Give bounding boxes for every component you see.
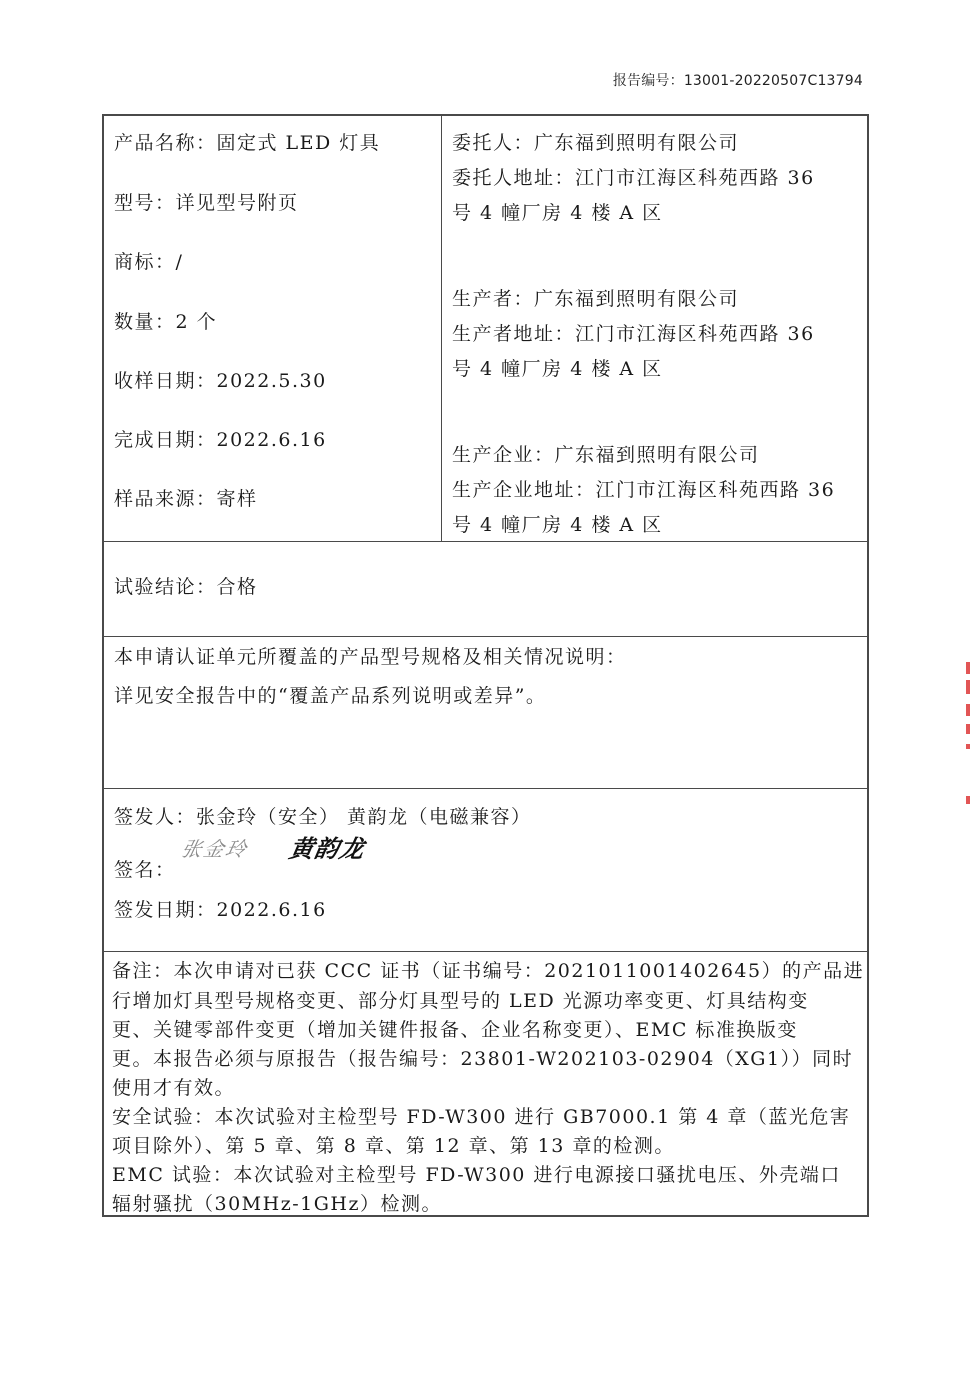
coverage-detail: 详见安全报告中的“覆盖产品系列说明或差异”。 <box>114 681 546 708</box>
manufacturer-address-2: 号 4 幢厂房 4 楼 A 区 <box>452 510 663 537</box>
coverage-row: 本申请认证单元所覆盖的产品型号规格及相关情况说明： 详见安全报告中的“覆盖产品系… <box>104 637 867 789</box>
seal-edge-mark <box>966 704 970 716</box>
product-name: 产品名称：固定式 LED 灯具 <box>114 128 380 155</box>
seal-edge-mark <box>966 680 970 694</box>
coverage-heading: 本申请认证单元所覆盖的产品型号规格及相关情况说明： <box>114 642 627 669</box>
safety-test-line: 安全试验：本次试验对主检型号 FD-W300 进行 GB7000.1 第 4 章… <box>112 1102 850 1129</box>
completed-date: 完成日期：2022.6.16 <box>114 425 327 452</box>
remark-line: 更。本报告必须与原报告（报告编号：23801-W202103-02904（XG1… <box>112 1044 853 1071</box>
trademark: 商标：/ <box>114 247 183 274</box>
seal-edge-mark <box>966 744 970 749</box>
signature-zhang: 张金玲 <box>179 833 251 862</box>
parties-cell: 委托人：广东福到照明有限公司 委托人地址：江门市江海区科苑西路 36 号 4 幢… <box>442 116 867 541</box>
info-row: 产品名称：固定式 LED 灯具 型号：详见型号附页 商标：/ 数量：2 个 收样… <box>104 116 867 542</box>
client-address-2: 号 4 幢厂房 4 楼 A 区 <box>452 198 663 225</box>
safety-test-line: 项目除外）、第 5 章、第 8 章、第 12 章、第 13 章的检测。 <box>112 1131 675 1158</box>
sample-source: 样品来源：寄样 <box>114 484 258 511</box>
issuers: 签发人：张金玲（安全） 黄韵龙（电磁兼容） <box>114 802 532 829</box>
issuance-row: 签发人：张金玲（安全） 黄韵龙（电磁兼容） 签名： 张金玲 黄韵龙 签发日期：2… <box>104 789 867 952</box>
signature-huang: 黄韵龙 <box>287 829 368 864</box>
remarks-row: 备注：本次申请对已获 CCC 证书（证书编号：2021011001402645）… <box>104 952 867 1217</box>
seal-edge-mark <box>966 662 970 674</box>
emc-test-line: EMC 试验：本次试验对主检型号 FD-W300 进行电源接口骚扰电压、外壳端口 <box>112 1160 841 1187</box>
product-info-cell: 产品名称：固定式 LED 灯具 型号：详见型号附页 商标：/ 数量：2 个 收样… <box>104 116 442 541</box>
seal-edge-mark <box>966 724 970 734</box>
issue-date: 签发日期：2022.6.16 <box>114 895 327 922</box>
remark-line: 使用才有效。 <box>112 1073 235 1100</box>
quantity: 数量：2 个 <box>114 307 217 334</box>
client-address-1: 委托人地址：江门市江海区科苑西路 36 <box>452 163 815 190</box>
client: 委托人：广东福到照明有限公司 <box>452 128 739 155</box>
producer-address-1: 生产者地址：江门市江海区科苑西路 36 <box>452 319 815 346</box>
seal-edge-mark <box>966 796 970 804</box>
test-conclusion: 试验结论：合格 <box>114 572 258 599</box>
manufacturer-address-1: 生产企业地址：江门市江海区科苑西路 36 <box>452 475 835 502</box>
signature-label: 签名： <box>114 855 176 882</box>
remark-line: 行增加灯具型号规格变更、部分灯具型号的 LED 光源功率变更、灯具结构变 <box>112 986 809 1013</box>
report-form: 产品名称：固定式 LED 灯具 型号：详见型号附页 商标：/ 数量：2 个 收样… <box>102 114 869 1217</box>
producer-address-2: 号 4 幢厂房 4 楼 A 区 <box>452 354 663 381</box>
report-number: 报告编号：13001-20220507C13794 <box>613 70 863 90</box>
producer: 生产者：广东福到照明有限公司 <box>452 284 739 311</box>
conclusion-row: 试验结论：合格 <box>104 542 867 637</box>
remark-line: 备注：本次申请对已获 CCC 证书（证书编号：2021011001402645）… <box>112 956 864 983</box>
remark-line: 更、关键零部件变更（增加关键件报备、企业名称变更）、EMC 标准换版变 <box>112 1015 798 1042</box>
model: 型号：详见型号附页 <box>114 188 299 215</box>
manufacturer: 生产企业：广东福到照明有限公司 <box>452 440 760 467</box>
received-date: 收样日期：2022.5.30 <box>114 366 327 393</box>
emc-test-line: 辐射骚扰（30MHz-1GHz）检测。 <box>112 1189 442 1216</box>
